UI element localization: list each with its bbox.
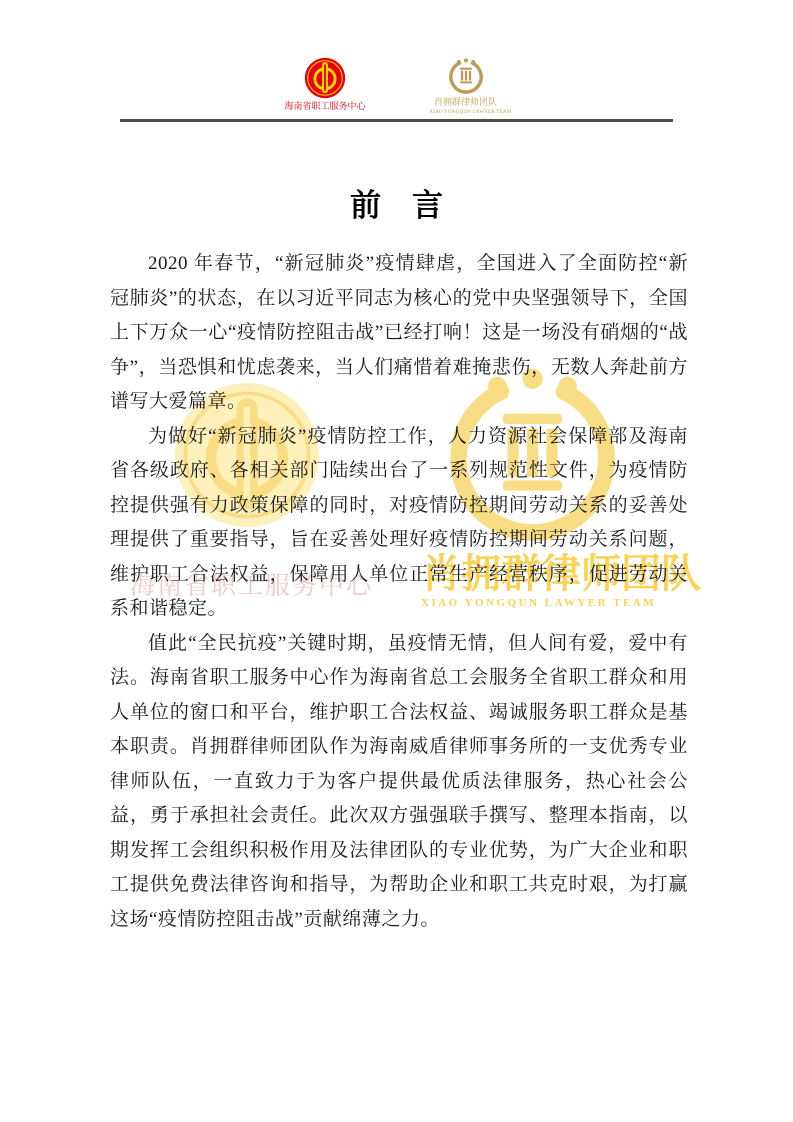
lawyer-logo-sublabel: XIAO YONGQUN LAWYER TEAM: [429, 109, 501, 114]
page-title: 前 言: [0, 180, 793, 225]
union-logo-icon: [304, 57, 346, 99]
lawyer-logo-icon: [446, 57, 486, 95]
paragraph-1: 2020 年春节，“新冠肺炎”疫情肆虐，全国进入了全面防控“新冠肺炎”的状态，在…: [110, 247, 688, 420]
paragraph-2: 为做好“新冠肺炎”疫情防控工作，人力资源社会保障部及海南省各级政府、各相关部门陆…: [110, 420, 688, 627]
lawyer-logo-label: 肖拥群律师团队: [423, 97, 508, 108]
paragraph-3: 值此“全民抗疫”关键时期，虽疫情无情，但人间有爱，爱中有法。海南省职工服务中心作…: [110, 627, 688, 938]
document-page: 海南省职工服务中心 肖拥群律师团队 XIAO YONGQUN LAWYER TE…: [0, 0, 793, 1122]
document-body: 2020 年春节，“新冠肺炎”疫情肆虐，全国进入了全面防控“新冠肺炎”的状态，在…: [110, 247, 688, 937]
header-divider: [120, 119, 673, 122]
lawyer-logo: 肖拥群律师团队 XIAO YONGQUN LAWYER TEAM: [423, 57, 508, 115]
union-logo-label: 海南省职工服务中心: [280, 101, 370, 112]
union-logo: 海南省职工服务中心: [280, 57, 370, 112]
